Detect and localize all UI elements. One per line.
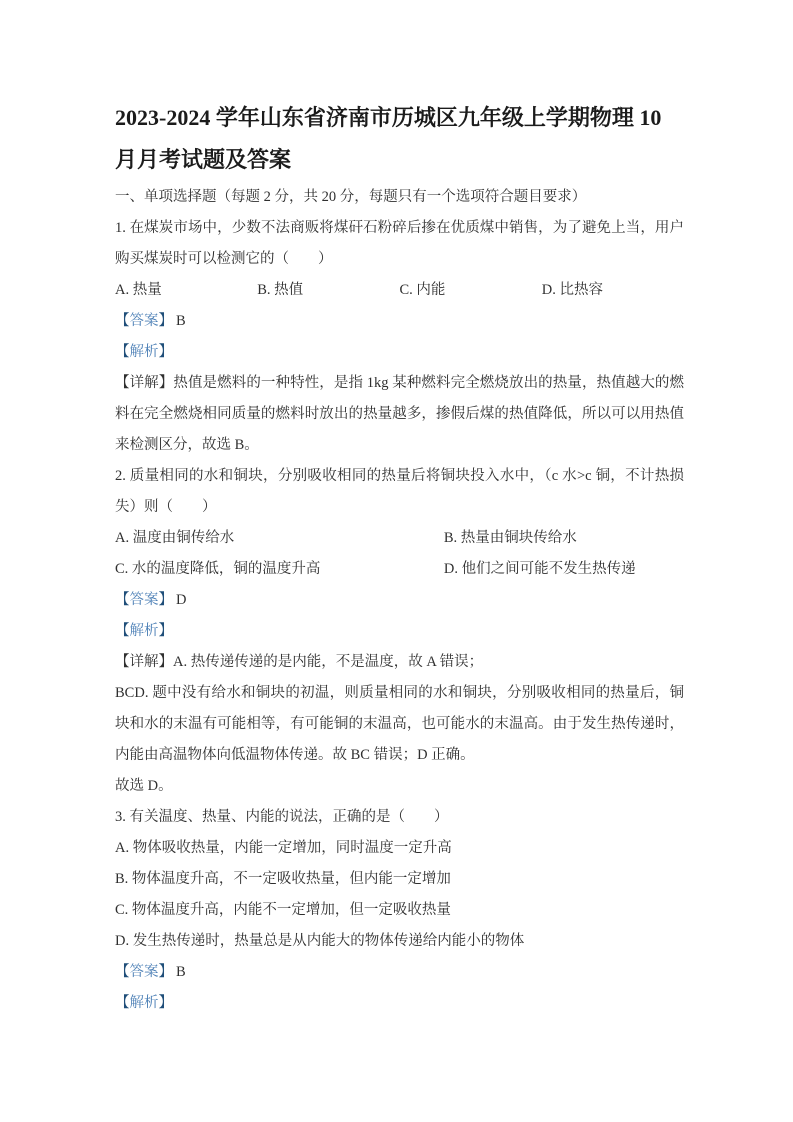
question-2-option-a: A. 温度由铜传给水	[115, 523, 444, 554]
bracket-open: 【	[115, 313, 130, 329]
answer-label: 答案	[130, 964, 159, 980]
question-1-option-b: B. 热值	[257, 275, 399, 306]
question-2-explanation-para: BCD. 题中没有给水和铜块的初温，则质量相同的水和铜块，分别吸收相同的热量后，…	[115, 678, 684, 771]
analysis-label: 解析	[130, 995, 159, 1011]
question-1-answer-value: B	[176, 313, 186, 329]
question-2-option-b: B. 热量由铜块传给水	[444, 523, 684, 554]
bracket-open: 【	[115, 592, 130, 608]
question-3-option-a: A. 物体吸收热量，内能一定增加，同时温度一定升高	[115, 833, 684, 864]
exam-document-page: 2023-2024 学年山东省济南市历城区九年级上学期物理 10 月月考试题及答…	[0, 0, 793, 1122]
question-2-option-c: C. 水的温度降低，铜的温度升高	[115, 554, 444, 585]
question-1-option-d: D. 比热容	[542, 275, 684, 306]
question-1-explanation-para: 【详解】热值是燃料的一种特性，是指 1kg 某种燃料完全燃烧放出的热量，热值越大…	[115, 368, 684, 461]
question-2-analysis-line: 【解析】	[115, 616, 684, 647]
question-1-option-a: A. 热量	[115, 275, 257, 306]
question-1-options: A. 热量 B. 热值 C. 内能 D. 比热容	[115, 275, 684, 306]
page-title: 2023-2024 学年山东省济南市历城区九年级上学期物理 10 月月考试题及答…	[115, 97, 684, 181]
question-3-answer-value: B	[176, 964, 186, 980]
question-3-stem: 3. 有关温度、热量、内能的说法，正确的是（ ）	[115, 802, 684, 833]
question-1-stem: 1. 在煤炭市场中，少数不法商贩将煤矸石粉碎后掺在优质煤中销售，为了避免上当，用…	[115, 213, 684, 275]
bracket-open: 【	[115, 995, 130, 1011]
answer-label: 答案	[130, 313, 159, 329]
question-1-option-c: C. 内能	[400, 275, 542, 306]
question-2-option-d: D. 他们之间可能不发生热传递	[444, 554, 684, 585]
question-3-option-c: C. 物体温度升高，内能不一定增加，但一定吸收热量	[115, 895, 684, 926]
analysis-label: 解析	[130, 344, 159, 360]
question-3-analysis-line: 【解析】	[115, 988, 684, 1019]
section-heading: 一、单项选择题（每题 2 分，共 20 分，每题只有一个选项符合题目要求）	[115, 182, 684, 213]
bracket-close: 】	[159, 344, 174, 360]
question-3-answer-line: 【答案】B	[115, 957, 684, 988]
document-body: 一、单项选择题（每题 2 分，共 20 分，每题只有一个选项符合题目要求） 1.…	[115, 182, 684, 1019]
question-3-option-b: B. 物体温度升高，不一定吸收热量，但内能一定增加	[115, 864, 684, 895]
question-2-explanation-para: 【详解】A. 热传递传递的是内能，不是温度，故 A 错误；	[115, 647, 684, 678]
page-title-line-2: 月月考试题及答案	[115, 139, 684, 181]
analysis-label: 解析	[130, 623, 159, 639]
question-2-stem: 2. 质量相同的水和铜块，分别吸收相同的热量后将铜块投入水中，（c 水>c 铜，…	[115, 461, 684, 523]
question-2-explanation-para: 故选 D。	[115, 771, 684, 802]
bracket-open: 【	[115, 344, 130, 360]
document-content: 2023-2024 学年山东省济南市历城区九年级上学期物理 10 月月考试题及答…	[115, 97, 684, 1019]
bracket-open: 【	[115, 964, 130, 980]
bracket-close: 】	[159, 313, 174, 329]
bracket-close: 】	[159, 964, 174, 980]
bracket-close: 】	[159, 592, 174, 608]
answer-label: 答案	[130, 592, 159, 608]
question-3-option-d: D. 发生热传递时，热量总是从内能大的物体传递给内能小的物体	[115, 926, 684, 957]
bracket-close: 】	[159, 995, 174, 1011]
question-1-answer-line: 【答案】B	[115, 306, 684, 337]
page-title-line-1: 2023-2024 学年山东省济南市历城区九年级上学期物理 10	[115, 97, 684, 139]
question-2-answer-line: 【答案】D	[115, 585, 684, 616]
question-2-answer-value: D	[176, 592, 186, 608]
question-1-analysis-line: 【解析】	[115, 337, 684, 368]
question-2-options: A. 温度由铜传给水 B. 热量由铜块传给水 C. 水的温度降低，铜的温度升高 …	[115, 523, 684, 585]
bracket-open: 【	[115, 623, 130, 639]
bracket-close: 】	[159, 623, 174, 639]
